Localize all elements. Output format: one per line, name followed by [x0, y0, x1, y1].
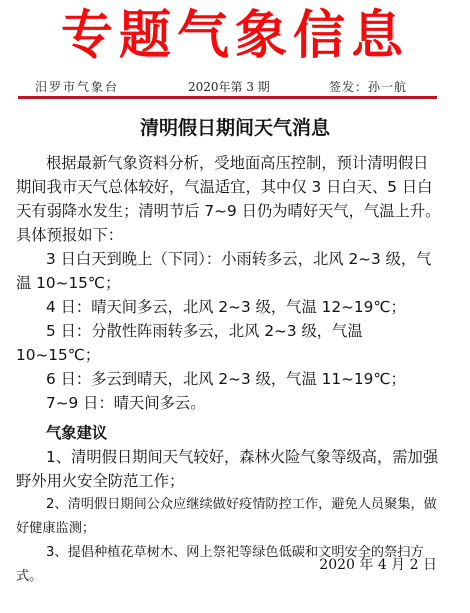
- document-body: 根据最新气象资料分析，受地面高压控制，预计清明假日期间我市天气总体较好，气温适宜…: [16, 151, 441, 589]
- advice-heading: 气象建议: [16, 421, 441, 445]
- forecast-item: 6 日：多云到晴天，北风 2~3 级，气温 11~19℃；: [16, 367, 441, 391]
- forecast-item: 3 日白天到晚上（下同）：小雨转多云，北风 2~3 级，气温 10~15℃；: [16, 247, 441, 295]
- intro-paragraph: 根据最新气象资料分析，受地面高压控制，预计清明假日期间我市天气总体较好，气温适宜…: [16, 151, 441, 247]
- document-title: 清明假日期间天气消息: [0, 115, 470, 141]
- info-bar: 汨罗市气象台 2020年第 3 期 签发：孙一航: [0, 78, 470, 96]
- issue-number: 2020年第 3 期: [188, 78, 270, 95]
- advice-item: 1、清明假日期间天气较好，森林火险气象等级高，需加强野外用火安全防范工作；: [16, 445, 441, 493]
- issue-date: 2020 年 4 月 2 日: [319, 554, 437, 574]
- forecast-item: 7~9 日：晴天间多云。: [16, 391, 441, 415]
- red-divider: [18, 96, 437, 99]
- advice-item: 2、清明假日期间公众应继续做好疫情防控工作，避免人员聚集，做好健康监测；: [16, 493, 441, 541]
- signed-by: 签发：孙一航: [329, 78, 407, 95]
- issuing-organization: 汨罗市气象台: [35, 78, 119, 95]
- masthead-title: 专题气象信息: [0, 6, 470, 66]
- forecast-item: 5 日：分散性阵雨转多云，北风 2~3 级，气温 10~15℃；: [16, 319, 441, 367]
- forecast-item: 4 日：晴天间多云，北风 2~3 级，气温 12~19℃；: [16, 295, 441, 319]
